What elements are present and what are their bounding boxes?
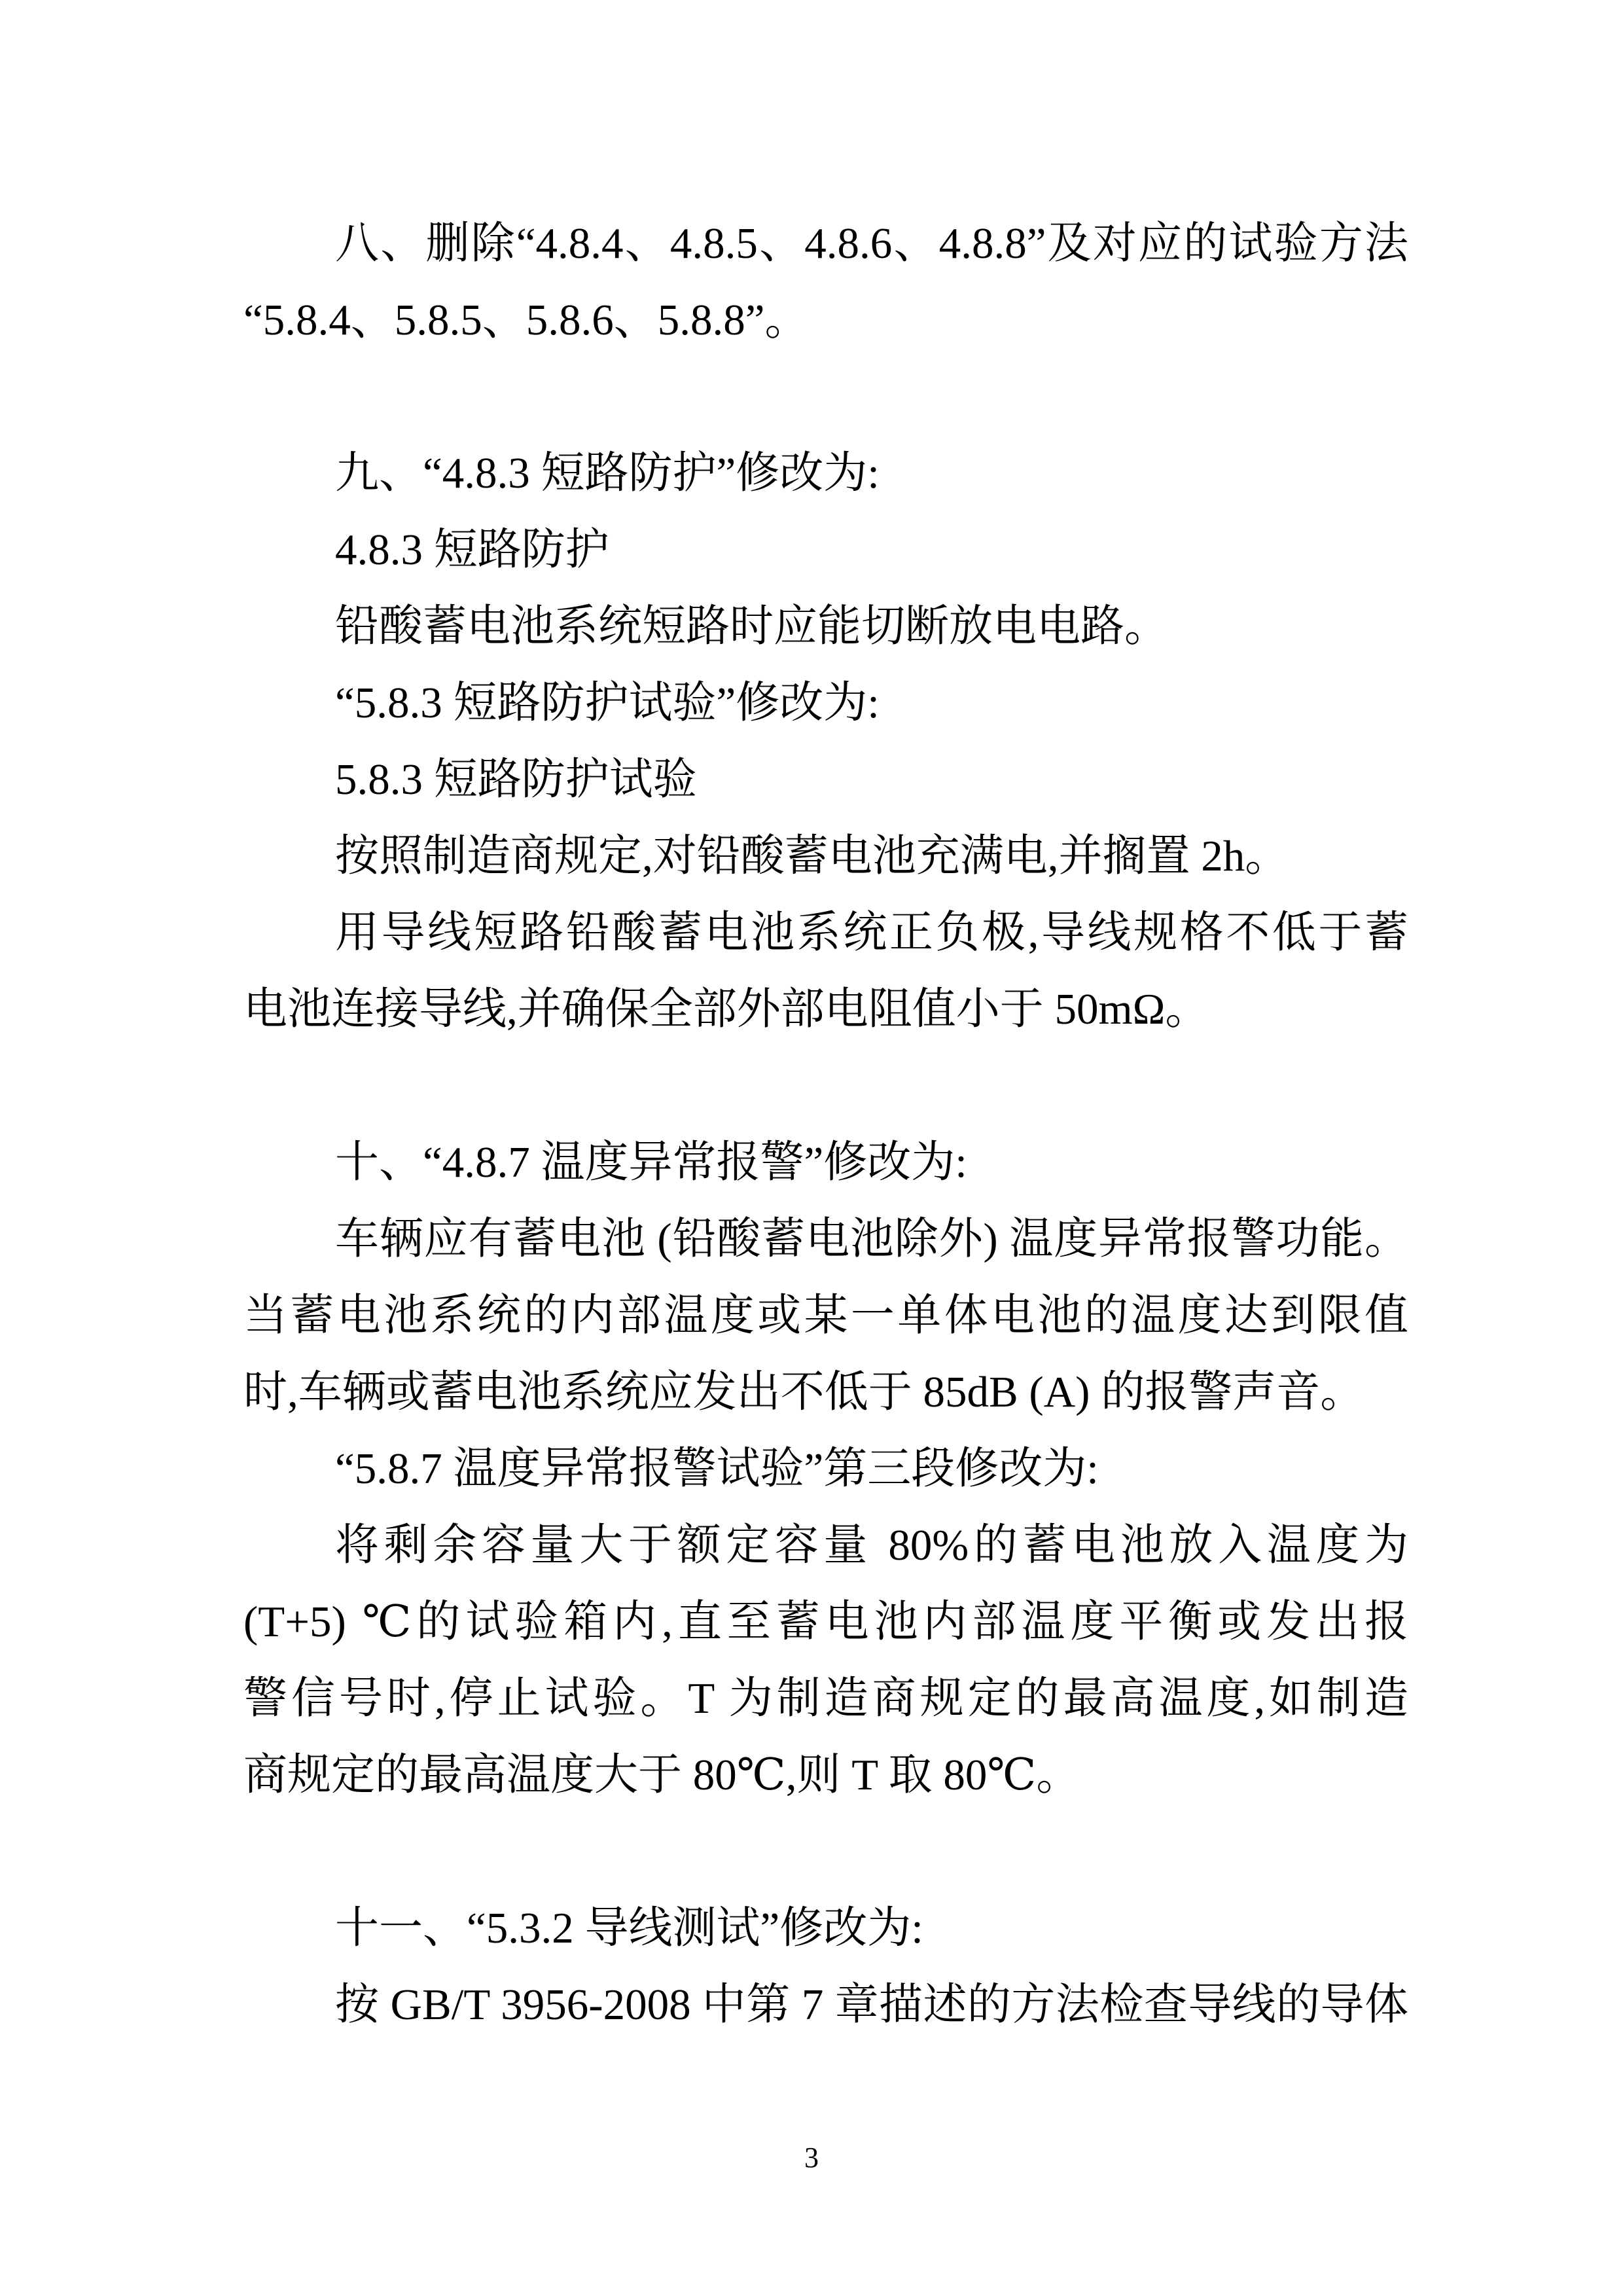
text-line: 电池连接导线,并确保全部外部电阻值小于 50mΩ。 <box>243 971 1408 1048</box>
text-line: 铅酸蓄电池系统短路时应能切断放电电路。 <box>243 588 1408 665</box>
page-number: 3 <box>0 2142 1623 2174</box>
text-line: (T+5) ℃的试验箱内,直至蓄电池内部温度平衡或发出报 <box>243 1584 1408 1660</box>
text-line: 当蓄电池系统的内部温度或某一单体电池的温度达到限值 <box>243 1278 1408 1354</box>
text-line: 车辆应有蓄电池 (铅酸蓄电池除外) 温度异常报警功能。 <box>243 1201 1408 1278</box>
blank-line <box>243 1814 1408 1890</box>
text-line: “5.8.3 短路防护试验”修改为: <box>243 665 1408 742</box>
text-line: 商规定的最高温度大于 80℃,则 T 取 80℃。 <box>243 1737 1408 1814</box>
text-line: 按照制造商规定,对铅酸蓄电池充满电,并搁置 2h。 <box>243 818 1408 895</box>
text-line: 十一、“5.3.2 导线测试”修改为: <box>243 1890 1408 1967</box>
document-page: 八、删除“4.8.4、4.8.5、4.8.6、4.8.8”及对应的试验方法 “5… <box>0 0 1623 2296</box>
text-line: 警信号时,停止试验。T 为制造商规定的最高温度,如制造 <box>243 1660 1408 1737</box>
text-line: 4.8.3 短路防护 <box>243 512 1408 588</box>
text-line: “5.8.4、5.8.5、5.8.6、5.8.8”。 <box>243 282 1408 359</box>
blank-line <box>243 1048 1408 1124</box>
text-line: 八、删除“4.8.4、4.8.5、4.8.6、4.8.8”及对应的试验方法 <box>243 206 1408 282</box>
text-line: 将剩余容量大于额定容量 80%的蓄电池放入温度为 <box>243 1507 1408 1584</box>
text-line: 按 GB/T 3956-2008 中第 7 章描述的方法检查导线的导体 <box>243 1967 1408 2043</box>
text-line: 时,车辆或蓄电池系统应发出不低于 85dB (A) 的报警声音。 <box>243 1354 1408 1431</box>
text-line: 九、“4.8.3 短路防护”修改为: <box>243 435 1408 512</box>
text-line: “5.8.7 温度异常报警试验”第三段修改为: <box>243 1431 1408 1507</box>
text-line: 用导线短路铅酸蓄电池系统正负极,导线规格不低于蓄 <box>243 895 1408 971</box>
document-body: 八、删除“4.8.4、4.8.5、4.8.6、4.8.8”及对应的试验方法 “5… <box>243 206 1408 2043</box>
text-line: 十、“4.8.7 温度异常报警”修改为: <box>243 1124 1408 1201</box>
text-line: 5.8.3 短路防护试验 <box>243 742 1408 818</box>
blank-line <box>243 359 1408 435</box>
